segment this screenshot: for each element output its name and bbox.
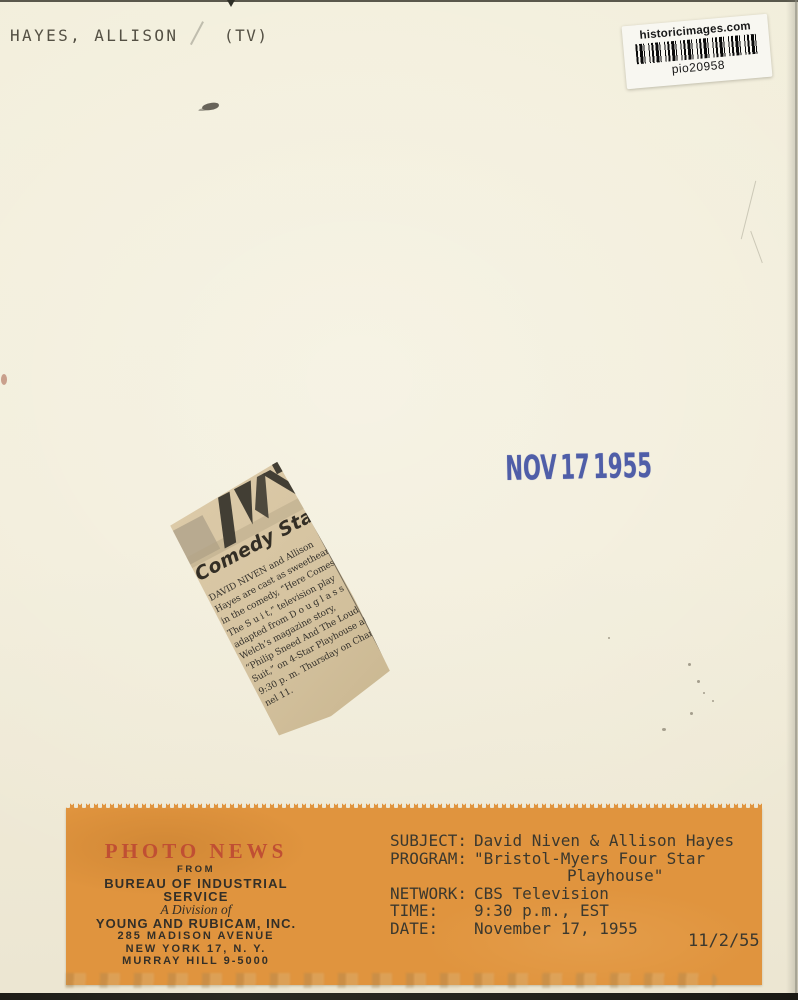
pencil-mark — [190, 21, 204, 45]
speck — [688, 663, 691, 666]
company-name: YOUNG AND RUBICAM, INC. — [70, 917, 322, 930]
field-row-time: TIME: 9:30 p.m., EST — [390, 902, 734, 920]
bureau-name: BUREAU OF INDUSTRIAL SERVICE — [70, 877, 322, 903]
field-value: Playhouse" — [567, 867, 663, 885]
phone-line: MURRAY HILL 9-5000 — [70, 955, 322, 968]
speck — [697, 680, 700, 683]
field-label: NETWORK: — [390, 885, 474, 903]
subject-heading: HAYES, ALLISON — [10, 26, 178, 45]
field-row-program-cont: Playhouse" — [390, 867, 734, 885]
page-edge-right-line — [795, 0, 797, 1000]
subject-heading-category: (TV) — [224, 26, 269, 45]
field-value: CBS Television — [474, 885, 609, 903]
barcode-sticker: historicimages.com pio20958 — [622, 14, 773, 89]
from-line: FROM — [70, 862, 322, 877]
photo-back-page: HAYES, ALLISON (TV) historicimages.com p… — [0, 0, 798, 1000]
photo-news-label: PHOTO NEWS FROM BUREAU OF INDUSTRIAL SER… — [66, 808, 762, 985]
speck — [662, 728, 666, 731]
ink-smudge — [202, 102, 220, 111]
perforated-edge — [66, 803, 762, 809]
photo-news-title: PHOTO NEWS — [70, 841, 322, 862]
field-value: 9:30 p.m., EST — [474, 902, 609, 920]
page-edge-top — [0, 0, 798, 2]
field-row-program: PROGRAM: "Bristol-Myers Four Star — [390, 850, 734, 868]
field-label: PROGRAM: — [390, 850, 474, 868]
field-row-network: NETWORK: CBS Television — [390, 885, 734, 903]
red-fleck — [1, 374, 7, 385]
typed-date-note: 11/2/55 — [688, 931, 760, 951]
speck — [703, 692, 705, 694]
scratch-mark — [750, 231, 763, 263]
field-row-date: DATE: November 17, 1955 — [390, 920, 734, 938]
address-line-1: 285 MADISON AVENUE — [70, 930, 322, 943]
field-value: David Niven & Allison Hayes — [474, 832, 734, 850]
speck — [608, 637, 610, 639]
field-value: November 17, 1955 — [474, 920, 638, 938]
field-label: TIME: — [390, 902, 474, 920]
speck — [712, 700, 714, 702]
field-label — [390, 867, 474, 885]
field-label: SUBJECT: — [390, 832, 474, 850]
division-line: A Division of — [70, 903, 322, 917]
bottom-stain-streaks — [52, 973, 717, 988]
field-row-subject: SUBJECT: David Niven & Allison Hayes — [390, 832, 734, 850]
date-stamp: NOV 17 1955 — [505, 446, 652, 489]
speck — [690, 712, 693, 715]
label-imprint-block: PHOTO NEWS FROM BUREAU OF INDUSTRIAL SER… — [70, 841, 322, 968]
typed-fields-block: SUBJECT: David Niven & Allison Hayes PRO… — [390, 832, 734, 937]
field-value: "Bristol-Myers Four Star — [474, 850, 705, 868]
page-edge-bottom — [0, 993, 798, 1000]
scratch-mark — [741, 181, 756, 239]
page-edge-notch — [227, 0, 235, 7]
news-clipping: Comedy Stars DAVID NIVEN and Allison Hay… — [165, 460, 398, 742]
field-label: DATE: — [390, 920, 474, 938]
address-line-2: NEW YORK 17, N. Y. — [70, 943, 322, 956]
